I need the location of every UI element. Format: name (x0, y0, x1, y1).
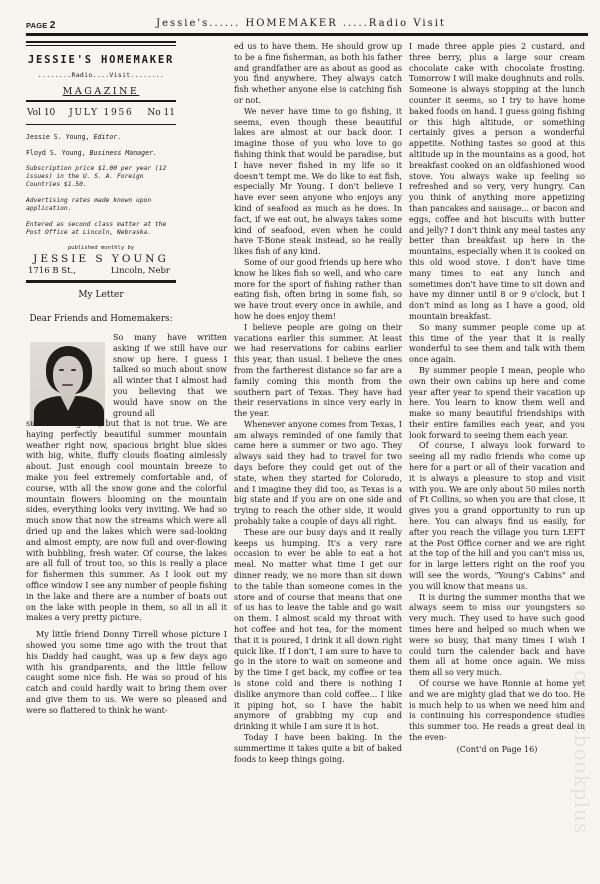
header-rule (26, 33, 588, 36)
editor-line: Jessie S. Young, Editor. (26, 133, 176, 141)
issue-date: JULY 1956 (69, 108, 134, 118)
masthead-magazine: MAGAZINE (26, 86, 176, 97)
paragraph: Of course, I always look forward to seei… (409, 441, 585, 592)
masthead-rule (26, 100, 176, 102)
magazine-page: PAGE 2 Jessie's...... HOMEMAKER .....Rad… (0, 0, 600, 884)
masthead-subtitle: ........Radio....Visit........ (26, 71, 176, 79)
manager-line: Floyd S. Young, Business Manager. (26, 149, 176, 157)
page-number: PAGE 2 (26, 20, 56, 31)
column-2: ed us to have them. He should grow up to… (234, 42, 402, 765)
publisher-name: JESSIE S YOUNG (26, 253, 176, 265)
masthead: JESSIE'S HOMEMAKER ........Radio....Visi… (26, 41, 176, 283)
letter-heading: My Letter (26, 290, 176, 300)
paragraph: Whenever anyone comes from Texas, I am a… (234, 420, 402, 528)
paragraph: These are our busy days and it really ke… (234, 528, 402, 733)
volume: Vol 10 (27, 108, 55, 118)
issue-line: Vol 10 JULY 1956 No 11 (26, 108, 176, 118)
masthead-rule (26, 41, 176, 43)
issue-number: No 11 (147, 108, 175, 118)
column-3: I made three apple pies 2 custard, and t… (409, 42, 585, 756)
paragraph: So many summer people come up at this ti… (409, 323, 585, 366)
published-by: published monthly by (26, 245, 176, 251)
paragraph: Today I have been baking. In the summert… (234, 733, 402, 765)
running-header: PAGE 2 Jessie's...... HOMEMAKER .....Rad… (26, 18, 588, 32)
masthead-rule (26, 45, 176, 46)
paragraph: ed us to have them. He should grow up to… (234, 42, 402, 107)
masthead-title: JESSIE'S HOMEMAKER (26, 54, 176, 66)
paragraph: I believe people are going on their vaca… (234, 323, 402, 420)
running-title: Jessie's...... HOMEMAKER .....Radio Visi… (136, 18, 466, 29)
masthead-rule (26, 124, 176, 126)
paragraph: summer long too, but that is not true. W… (26, 419, 227, 624)
paragraph: It is during the summer months that we a… (409, 593, 585, 679)
advertising-info: Advertising rates made known upon applic… (26, 197, 176, 213)
continued-notice: (Cont'd on Page 16) (409, 745, 585, 756)
portrait-photo (30, 342, 105, 426)
text-beside-photo: So many have written asking if we still … (113, 333, 227, 419)
subscription-info: Subscription price $1.00 per year (12 is… (26, 165, 176, 189)
paragraph: We never have time to go fishing, it see… (234, 107, 402, 258)
masthead-rule (26, 280, 176, 283)
postal-entry-info: Entered as second class matter at the Po… (26, 221, 176, 237)
paragraph: Of course we have Ronnie at home yet and… (409, 679, 585, 744)
paragraph: My little friend Donny Tirrell whose pic… (26, 630, 227, 716)
column-1: summer long too, but that is not true. W… (26, 419, 227, 717)
watermark: comicbookplus (570, 670, 594, 870)
salutation: Dear Friends and Homemakers: (26, 314, 176, 324)
paragraph: I made three apple pies 2 custard, and t… (409, 42, 585, 323)
publisher-address: 1716 B St., Lincoln, Nebr (26, 266, 176, 276)
paragraph: By summer people I mean, people who own … (409, 366, 585, 442)
paragraph: Some of our good friends up here who kno… (234, 258, 402, 323)
